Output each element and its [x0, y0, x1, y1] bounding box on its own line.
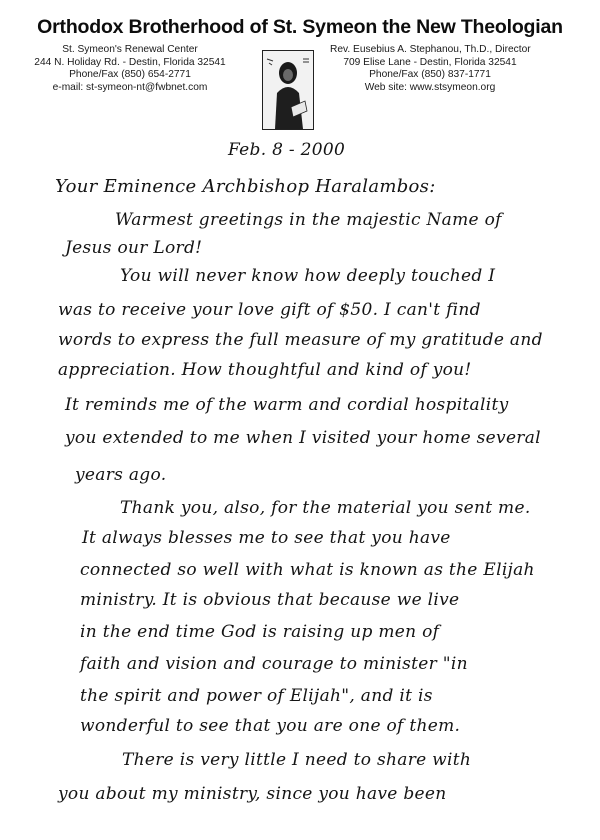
letter-line: Jesus our Lord!	[65, 238, 202, 258]
director-address: Rev. Eusebius A. Stephanou, Th.D., Direc…	[330, 44, 530, 94]
phone-line: Phone/Fax (850) 837-1771	[330, 69, 530, 82]
letter-line: was to receive your love gift of $50. I …	[58, 300, 481, 320]
letter-line: wonderful to see that you are one of the…	[80, 716, 460, 736]
letter-line: Thank you, also, for the material you se…	[120, 498, 531, 518]
website-line: Web site: www.stsymeon.org	[330, 82, 530, 95]
saint-portrait-icon	[263, 51, 313, 129]
address-line: 244 N. Holiday Rd. - Destin, Florida 325…	[30, 57, 230, 70]
letter-line: You will never know how deeply touched I	[120, 266, 495, 286]
letter-line: It reminds me of the warm and cordial ho…	[65, 395, 509, 415]
letter-line: appreciation. How thoughtful and kind of…	[58, 360, 472, 380]
letter-line: in the end time God is raising up men of	[80, 622, 439, 642]
letter-line: There is very little I need to share wit…	[122, 750, 471, 770]
letter-line: the spirit and power of Elijah", and it …	[80, 686, 433, 706]
letterhead: Orthodox Brotherhood of St. Symeon the N…	[0, 0, 600, 130]
renewal-center-address: St. Symeon's Renewal Center 244 N. Holid…	[30, 44, 230, 94]
letter-line: years ago.	[75, 465, 166, 485]
salutation: Your Eminence Archbishop Haralambos:	[55, 176, 436, 197]
email-line: e-mail: st-symeon-nt@fwbnet.com	[30, 82, 230, 95]
address-line: St. Symeon's Renewal Center	[30, 44, 230, 57]
letter-date: Feb. 8 - 2000	[228, 140, 345, 160]
letter-line: words to express the full measure of my …	[58, 330, 543, 350]
letter-line: Warmest greetings in the majestic Name o…	[115, 210, 502, 230]
letter-line: you extended to me when I visited your h…	[65, 428, 541, 448]
address-line: 709 Elise Lane - Destin, Florida 32541	[330, 57, 530, 70]
letter-line: you about my ministry, since you have be…	[58, 784, 447, 804]
letter-line: ministry. It is obvious that because we …	[80, 590, 459, 610]
letter-line: faith and vision and courage to minister…	[80, 654, 468, 674]
letter-line: connected so well with what is known as …	[80, 560, 535, 580]
director-name-line: Rev. Eusebius A. Stephanou, Th.D., Direc…	[330, 44, 530, 57]
organization-title: Orthodox Brotherhood of St. Symeon the N…	[0, 16, 600, 39]
letter-line: It always blesses me to see that you hav…	[82, 528, 451, 548]
saint-icon-image	[262, 50, 314, 130]
phone-line: Phone/Fax (850) 654-2771	[30, 69, 230, 82]
